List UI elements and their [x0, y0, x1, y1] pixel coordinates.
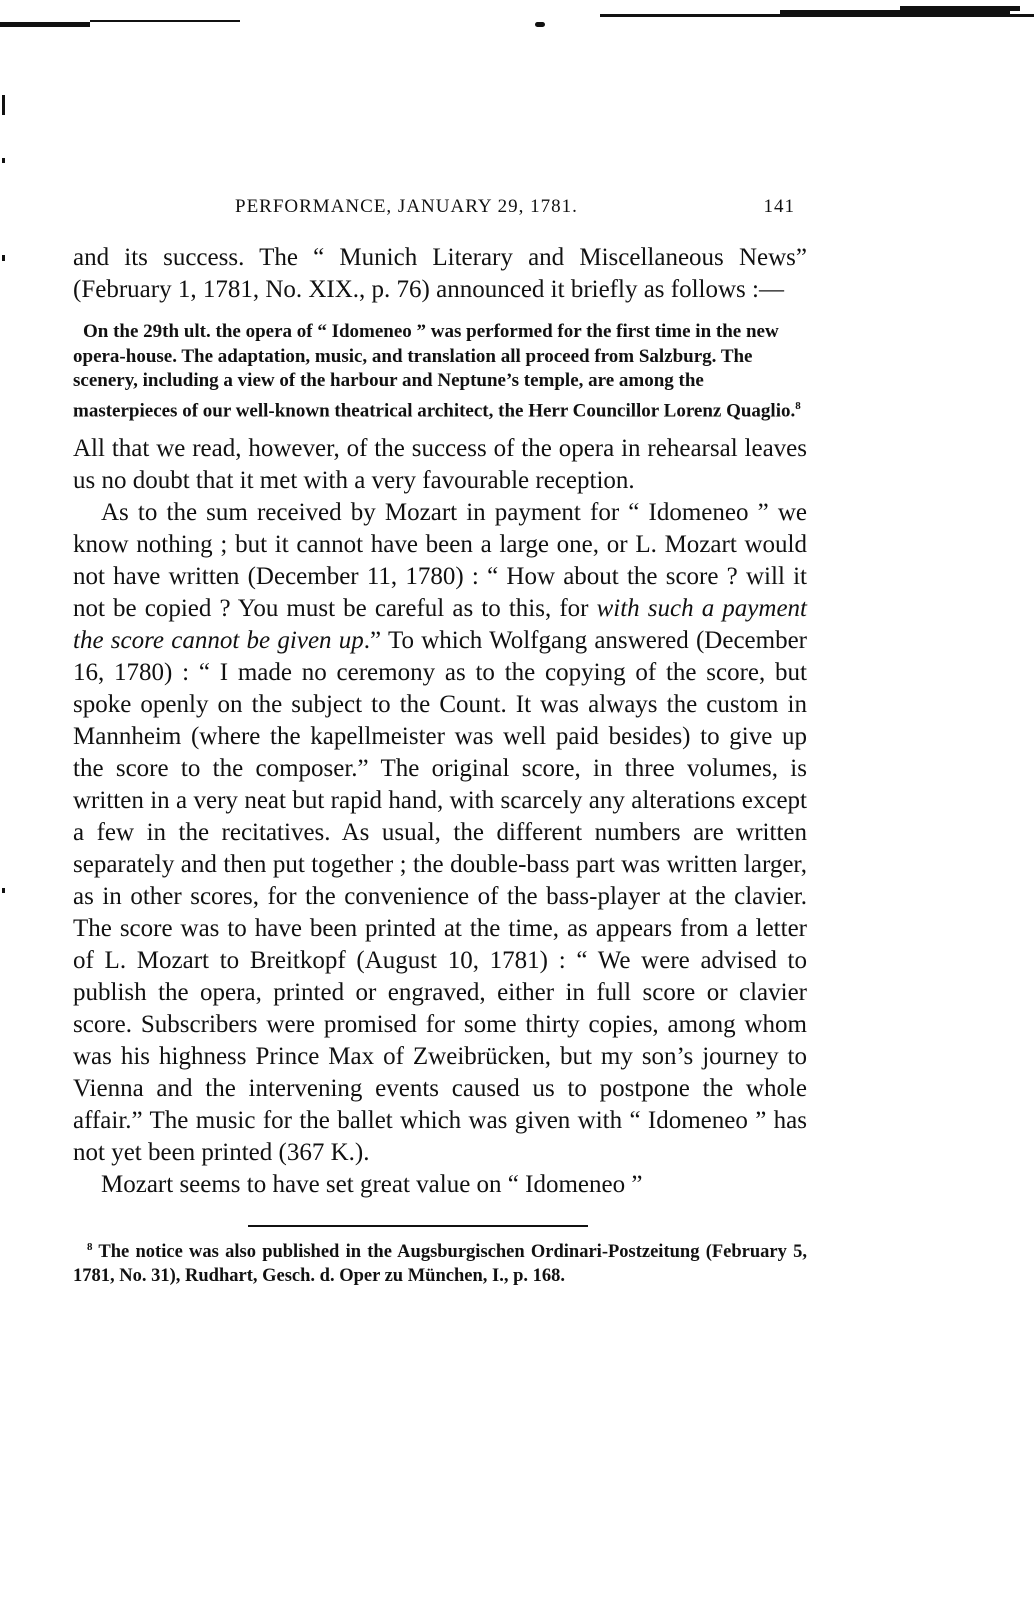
running-head-title: PERFORMANCE, JANUARY 29, 1781.	[235, 196, 578, 218]
block-quote-text: On the 29th ult. the opera of “ Idomeneo…	[73, 321, 795, 421]
footnote: 8 The notice was also published in the A…	[73, 1235, 807, 1288]
page-body: and its success. The “ Munich Literary a…	[73, 242, 807, 1288]
scan-edge-artifact	[0, 0, 1034, 40]
paragraph-3: As to the sum received by Mozart in paym…	[73, 497, 807, 1169]
paragraph-1: and its success. The “ Munich Literary a…	[73, 242, 807, 306]
block-quote: On the 29th ult. the opera of “ Idomeneo…	[73, 320, 807, 423]
margin-mark	[2, 255, 5, 261]
margin-mark	[2, 158, 5, 163]
footnote-divider	[248, 1225, 588, 1227]
paragraph-4: Mozart seems to have set great value on …	[73, 1169, 807, 1201]
paragraph-2: All that we read, however, of the succes…	[73, 433, 807, 497]
margin-mark	[2, 888, 5, 893]
paragraph-3-text-b: .” To which Wolfgang answered (December …	[73, 627, 807, 1166]
footnote-text: The notice was also published in the Aug…	[73, 1242, 807, 1286]
margin-mark	[2, 95, 5, 115]
footnote-reference: 8	[795, 400, 801, 412]
page-number: 141	[764, 196, 796, 218]
